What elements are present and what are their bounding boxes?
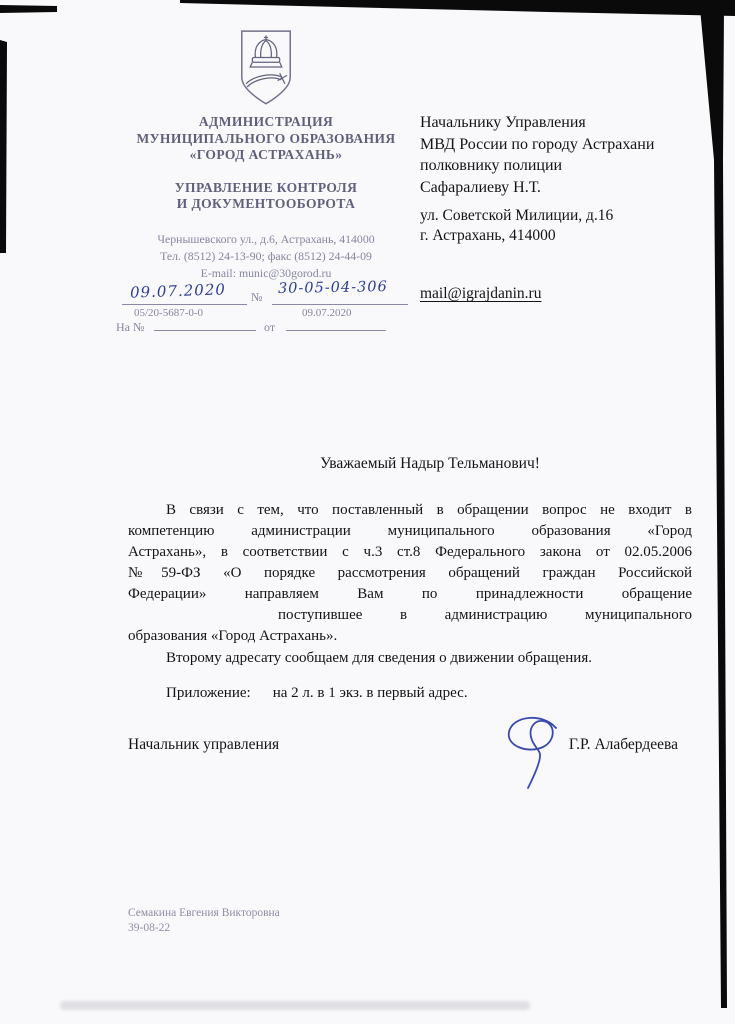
recipient-email: mail@igrajdanin.ru [420,285,541,303]
recipient-block: Начальнику Управления МВД России по горо… [420,112,700,246]
org-name-line1: АДМИНИСТРАЦИЯ [110,114,422,131]
letter-body: В связи с тем, что поставленный в обраще… [128,500,692,704]
recipient-city: г. Астрахань, 414000 [420,226,700,246]
body-line: В связи с тем, что поставленный в обраще… [128,500,692,521]
org-name-line2: МУНИЦИПАЛЬНОГО ОБРАЗОВАНИЯ [110,131,422,148]
printed-reg-code: 05/20-5687-0-0 [134,307,203,319]
salutation: Уважаемый Надыр Тельманович! [150,455,710,473]
body-line: образования «Город Астрахань». [128,626,692,647]
signer-position: Начальник управления [128,736,279,754]
body-line-redacted-gap: поступившее в администрацию муниципально… [128,605,692,626]
letterhead-address: Чернышевского ул., д.6, Астрахань, 41400… [110,231,422,248]
recipient-line4: Сафаралиеву Н.Т. [420,177,700,199]
date-line-rule [122,304,247,305]
printed-date: 09.07.2020 [302,307,352,319]
org-name-line3: «ГОРОД АСТРАХАНЬ» [110,147,422,164]
body-line: компетенцию администрации муниципального… [128,521,692,542]
recipient-street: ул. Советской Милиции, д.16 [420,206,700,226]
ot-line-rule [286,330,386,331]
executor-phone: 39-08-22 [128,921,280,936]
recipient-line3: полковнику полиции [420,155,700,177]
scanned-letter-page: АДМИНИСТРАЦИЯ МУНИЦИПАЛЬНОГО ОБРАЗОВАНИЯ… [0,0,735,1024]
body-paragraph2: Второму адресату сообщаем для сведения о… [128,648,692,669]
number-sign: № [251,290,262,305]
body-line: Федерации» направляем Вам по принадлежно… [128,584,692,605]
dept-name-line2: И ДОКУМЕНТООБОРОТА [110,196,422,213]
recipient-line1: Начальнику Управления [420,112,700,134]
ot-label: от [264,320,275,335]
executor-name: Семакина Евгения Викторовна [128,906,280,921]
letterhead-phone: Тел. (8512) 24-13-90; факс (8512) 24-44-… [110,248,422,265]
number-line-rule [272,304,408,305]
handwritten-date: 09.07.2020 [130,280,226,301]
coat-of-arms-icon [234,28,298,108]
recipient-line2: МВД России по городу Астрахани [420,134,700,156]
attachment-text: на 2 л. в 1 экз. в первый адрес. [273,685,468,701]
letterhead: АДМИНИСТРАЦИЯ МУНИЦИПАЛЬНОГО ОБРАЗОВАНИЯ… [110,28,422,282]
body-line: №59-ФЗ «О порядке рассмотрения обращений… [128,563,692,584]
na-no-line-rule [154,330,256,331]
executor-footer: Семакина Евгения Викторовна 39-08-22 [128,906,280,936]
attachment-label: Приложение: [166,685,251,701]
scan-shadow-smudge [60,1001,530,1010]
body-line: Астрахань», в соответствии с ч.3 ст.8 Фе… [128,542,692,563]
dept-name-line1: УПРАВЛЕНИЕ КОНТРОЛЯ [110,180,422,197]
na-no-label: На № [116,320,144,335]
handwritten-outgoing-number: 30-05-04-306 [278,279,388,297]
signer-name: Г.Р. Алабердеева [569,736,678,754]
